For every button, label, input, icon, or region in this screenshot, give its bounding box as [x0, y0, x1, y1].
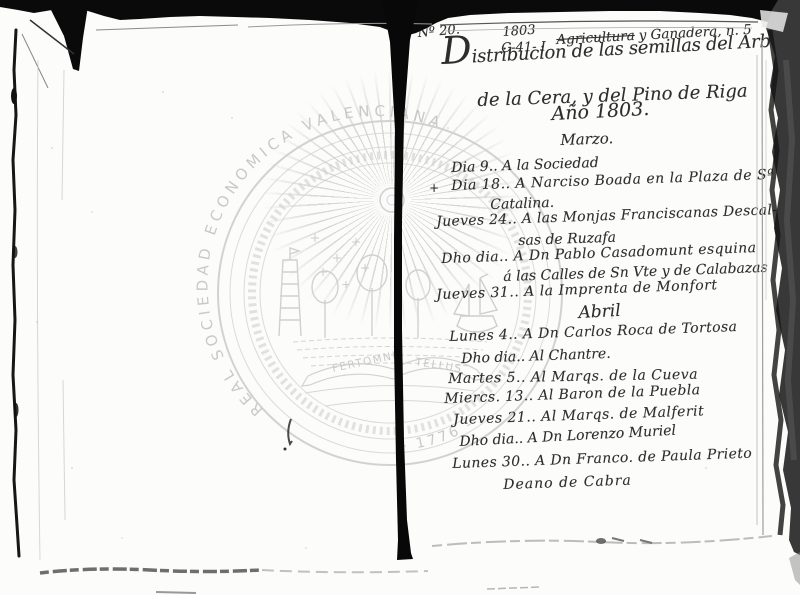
top-border-wedge — [50, 6, 88, 71]
seal-motto-left: FERTOMNI — [331, 349, 398, 374]
catalog-year: 1803 — [502, 23, 536, 40]
left-page-faint-lines — [37, 60, 65, 560]
seal-sun-icon — [380, 188, 404, 212]
bottom-ink-blob — [596, 538, 606, 544]
right-scan-band — [766, 0, 800, 555]
entry-line: Deano de Cabra — [503, 473, 632, 493]
bottom-left-smudge — [40, 569, 260, 573]
right-band-inner-streak — [770, 30, 783, 535]
title-initial: D — [440, 27, 472, 73]
left-border-blobs — [11, 88, 19, 417]
seal-ship-icon — [454, 274, 497, 332]
bottom-left-smudge-faint — [262, 570, 428, 572]
seal-trees — [312, 255, 430, 338]
right-band-fade — [789, 552, 800, 585]
month-heading-marzo: Marzo. — [560, 129, 614, 149]
page-edge-lines — [757, 40, 766, 535]
left-scan-border — [13, 30, 19, 556]
right-band-texture — [786, 60, 794, 460]
seal-tower-icon — [279, 248, 301, 336]
year-heading: Año 1803. — [551, 98, 650, 125]
bottom-right-dash — [487, 587, 540, 589]
month-heading-abril: Abril — [578, 301, 621, 323]
scanned-manuscript-spread: REAL SOCIEDAD ECONOMICA VALENCIANA - 177… — [0, 0, 800, 595]
bottom-left-dash — [156, 592, 196, 593]
right-page-bottom-edge — [432, 536, 772, 546]
page-corner-notch — [760, 10, 788, 32]
margin-plus-mark: + — [429, 181, 439, 195]
bottom-edge-dashes — [612, 538, 652, 543]
